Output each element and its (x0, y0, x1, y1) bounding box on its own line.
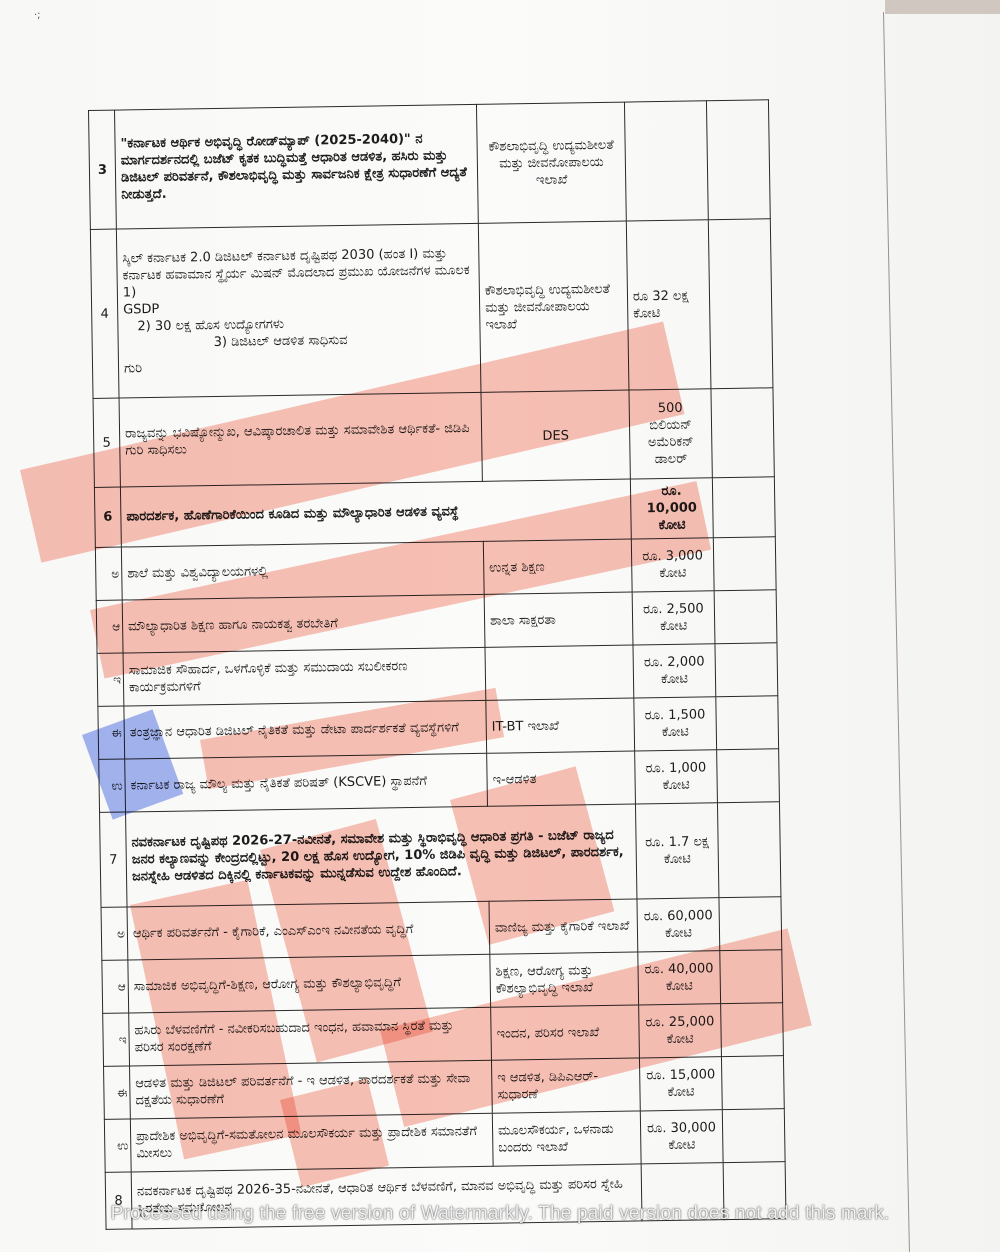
row-description: "ಕರ್ನಾಟಕ ಆರ್ಥಿಕ ಅಭಿವೃದ್ಧಿ ರೋಡ್‌ಮ್ಯಾಪ್ (2… (115, 104, 479, 229)
row-amount (624, 101, 708, 221)
row-department: DES (481, 390, 630, 481)
subrow-department: ಶಿಕ್ಷಣ, ಆರೋಗ್ಯ ಮತ್ತು ಕೌಶಲ್ಯಾಭಿವೃದ್ಧಿ ಇಲಾ… (490, 952, 639, 1007)
subrow-amount: ರೂ. 1,000 ಕೋಟಿ (635, 750, 718, 804)
table-row: 6 ಪಾರದರ್ಶಕ, ಹೊಣೆಗಾರಿಕೆಯಿಂದ ಕೂಡಿದ ಮತ್ತು ಮ… (94, 477, 775, 548)
subrow-number: ಇ (97, 653, 124, 706)
subrow-description: ಸಾಮಾಜಿಕ ಅಭಿವೃದ್ಧಿಗೆ-ಶಿಕ್ಷಣ, ಆರೋಗ್ಯ ಮತ್ತು… (128, 954, 491, 1013)
subrow-number: ಆ (102, 960, 129, 1013)
row-description: ರಾಜ್ಯವನ್ನು ಭವಿಷ್ಯೋನ್ಮುಖ, ಆವಿಷ್ಕಾರಚಾಲಿತ ಮ… (119, 392, 482, 487)
table-row: 7 ನವಕರ್ನಾಟಕ ದೃಷ್ಟಿಪಥ 2026-27-ನವೀನತೆ, ಸಮಾ… (100, 802, 781, 908)
row-extra-cell (721, 1003, 784, 1057)
budget-table-wrapper: 3 "ಕರ್ನಾಟಕ ಆರ್ಥಿಕ ಅಭಿವೃದ್ಧಿ ರೋಡ್‌ಮ್ಯಾಪ್ … (88, 99, 786, 1230)
table-row: 3 "ಕರ್ನಾಟಕ ಆರ್ಥಿಕ ಅಭಿವೃದ್ಧಿ ರೋಡ್‌ಮ್ಯಾಪ್ … (89, 100, 771, 230)
subrow-department: ಮೂಲಸೌಕರ್ಯ, ಒಳನಾಡು ಬಂದರು ಇಲಾಖೆ (492, 1111, 641, 1166)
row-extra-cell (722, 1109, 785, 1163)
row-amount: ರೂ 32 ಲಕ್ಷ ಕೋಟಿ (626, 220, 711, 390)
row-extra-cell (712, 477, 775, 538)
page-edge-line (883, 12, 910, 1252)
row-extra-cell (721, 1056, 784, 1110)
subrow-amount: ರೂ. 25,000 ಕೋಟಿ (639, 1004, 722, 1058)
subrow-department: ಶಾಲಾ ಸಾಕ್ಷರತಾ (484, 592, 633, 647)
subrow-description: ಆರ್ಥಿಕ ಪರಿವರ್ತನೆಗೆ - ಕೈಗಾರಿಕೆ, ಎಂಎಸ್‌ಎಂಇ… (127, 901, 490, 960)
row-extra-cell (717, 802, 780, 898)
page-corner-shadow (885, 0, 1000, 14)
subrow-department: ಇ-ಆಡಳಿತ (487, 751, 636, 806)
subrow-amount: ರೂ. 30,000 ಕೋಟಿ (640, 1110, 723, 1164)
subrow-department: ಉನ್ನತ ಶಿಕ್ಷಣ (483, 539, 632, 594)
row-amount: 500 ಬಿಲಿಯನ್ ಅಮೆರಿಕನ್ ಡಾಲರ್ (629, 389, 712, 479)
row-amount: ರೂ. 1.7 ಲಕ್ಷ ಕೋಟಿ (635, 803, 718, 899)
subrow-description: ಶಾಲೆ ಮತ್ತು ವಿಶ್ವವಿದ್ಯಾಲಯಗಳಲ್ಲಿ (121, 541, 484, 600)
row-number: 3 (89, 110, 117, 229)
row-extra-cell (713, 537, 776, 591)
subrow-number: ಉ (99, 759, 126, 812)
row-amount: ರೂ. 10,000 ಕೋಟಿ (630, 478, 713, 539)
subrow-amount: ರೂ. 1,500 ಕೋಟಿ (634, 697, 717, 751)
table-row: 4 ಸ್ಕಿಲ್ ಕರ್ನಾಟಕ 2.0 ಡಿಜಿಟಲ್ ಕರ್ನಾಟಕ ದೃಷ… (90, 219, 773, 399)
row-number: 6 (94, 487, 121, 547)
subrow-number: ಆ (96, 600, 123, 653)
subrow-amount: ರೂ. 2,500 ಕೋಟಿ (632, 591, 715, 645)
row-extra-cell (706, 100, 770, 220)
row-department: ಕೌಶಲಾಭಿವೃದ್ಧಿ ಉದ್ಯಮಶೀಲತೆ ಮತ್ತು ಜೀವನೋಪಾಲಯ… (478, 221, 629, 392)
row-department: ಕೌಶಲಾಭಿವೃದ್ಧಿ ಉದ್ಯಮಶೀಲತೆ ಮತ್ತು ಜೀವನೋಪಾಲಯ… (476, 102, 626, 223)
budget-allocation-table: 3 "ಕರ್ನಾಟಕ ಆರ್ಥಿಕ ಅಭಿವೃದ್ಧಿ ರೋಡ್‌ಮ್ಯಾಪ್ … (88, 99, 787, 1230)
row-extra-cell (715, 643, 778, 697)
subrow-department: ಇಂದನ, ಪರಿಸರ ಇಲಾಖೆ (491, 1005, 640, 1060)
watermark-text: Processed using the free version of Wate… (0, 1203, 1000, 1225)
subrow-amount: ರೂ. 2,000 ಕೋಟಿ (633, 644, 716, 698)
row-extra-cell (717, 749, 780, 803)
row-extra-cell (720, 950, 783, 1004)
subrow-department: ಇ ಆಡಳಿತ, ಡಿಪಿಎಆರ್-ಸುಧಾರಣೆ (491, 1058, 640, 1113)
subrow-number: ಈ (104, 1066, 131, 1119)
row-number: 4 (90, 229, 119, 398)
subrow-number: ಈ (98, 706, 125, 759)
subrow-number: ಉ (104, 1119, 131, 1172)
row-extra-cell (711, 388, 774, 478)
subrow-amount: ರೂ. 3,000 ಕೋಟಿ (631, 538, 714, 592)
subrow-description: ಸಾಮಾಜಿಕ ಸೌಹಾರ್ದ, ಒಳಗೊಳ್ಳಿಕೆ ಮತ್ತು ಸಮುದಾಯ… (123, 647, 486, 706)
subrow-number: ಇ (103, 1013, 130, 1066)
subrow-amount: ರೂ. 40,000 ಕೋಟಿ (638, 951, 721, 1005)
subrow-description: ಹಸಿರು ಬೆಳವಣಿಗೆಗೆ - ನವೀಕರಿಸಬಹುದಾದ ಇಂಧನ, ಹ… (129, 1007, 492, 1066)
row-number: 7 (100, 812, 127, 907)
subrow-amount: ರೂ. 15,000 ಕೋಟಿ (639, 1057, 722, 1111)
subrow-amount: ರೂ. 60,000 ಕೋಟಿ (637, 898, 720, 952)
row-description: ಸ್ಕಿಲ್ ಕರ್ನಾಟಕ 2.0 ಡಿಜಿಟಲ್ ಕರ್ನಾಟಕ ದೃಷ್ಟ… (116, 223, 481, 398)
table-row: 5 ರಾಜ್ಯವನ್ನು ಭವಿಷ್ಯೋನ್ಮುಖ, ಆವಿಷ್ಕಾರಚಾಲಿತ… (93, 388, 774, 488)
row-extra-cell (719, 897, 782, 951)
desc-line: ಸ್ಕಿಲ್ ಕರ್ನಾಟಕ 2.0 ಡಿಜಿಟಲ್ ಕರ್ನಾಟಕ ದೃಷ್ಟ… (122, 244, 473, 284)
row-description: ಪಾರದರ್ಶಕ, ಹೊಣೆಗಾರಿಕೆಯಿಂದ ಕೂಡಿದ ಮತ್ತು ಮೌಲ… (120, 479, 631, 547)
row-number: 5 (93, 398, 120, 487)
subrow-number: ಅ (101, 907, 128, 960)
row-extra-cell (708, 219, 773, 389)
subrow-department: ವಾಣಿಜ್ಯ ಮತ್ತು ಕೈಗಾರಿಕೆ ಇಲಾಖೆ (489, 899, 638, 954)
row-extra-cell (714, 590, 777, 644)
subrow-description: ಮೌಲ್ಯಾಧಾರಿತ ಶಿಕ್ಷಣ ಹಾಗೂ ನಾಯಕತ್ವ ತರಬೇತಿಗೆ (122, 594, 485, 653)
page-mark: ·; (34, 10, 41, 21)
scanned-page: ·; 3 "ಕರ್ನಾಟಕ ಆರ್ಥಿಕ ಅಭಿವೃದ್ಧಿ ರೋಡ್‌ಮ್ಯಾ… (0, 0, 1000, 1252)
subrow-department (485, 645, 634, 700)
subrow-description: ತಂತ್ರಜ್ಞಾನ ಆಧಾರಿತ ಡಿಜಿಟಲ್ ನೈತಿಕತೆ ಮತ್ತು … (124, 700, 487, 759)
subrow-description: ಪ್ರಾದೇಶಿಕ ಅಭಿವೃದ್ಧಿಗೆ-ಸಮತೋಲನ ಮೂಲಸೌಕರ್ಯ ಮ… (130, 1113, 493, 1172)
subrow-number: ಅ (95, 547, 122, 600)
row-extra-cell (716, 696, 779, 750)
row-description: ನವಕರ್ನಾಟಕ ದೃಷ್ಟಿಪಥ 2026-27-ನವೀನತೆ, ಸಮಾವೇ… (126, 804, 637, 907)
desc-line: ಗುರಿ (124, 354, 475, 377)
subrow-department: IT-BT ಇಲಾಖೆ (486, 698, 635, 753)
subrow-description: ಕರ್ನಾಟಕ ರಾಜ್ಯ ಮೌಲ್ಯ ಮತ್ತು ನೈತಿಕತೆ ಪರಿಷತ್… (125, 753, 488, 812)
subrow-description: ಆಡಳಿತ ಮತ್ತು ಡಿಜಿಟಲ್ ಪರಿವರ್ತನೆಗೆ - ಇ ಆಡಳಿ… (130, 1060, 493, 1119)
